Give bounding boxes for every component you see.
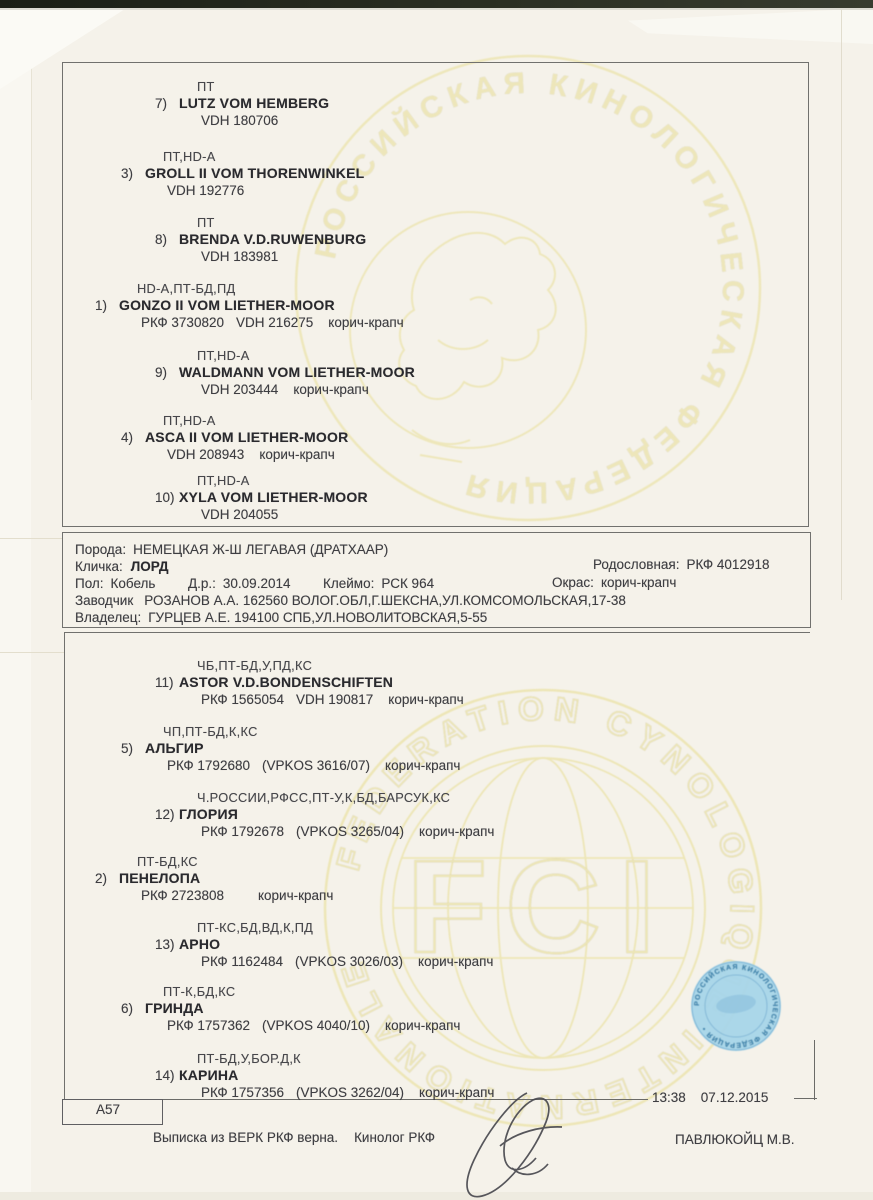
pedigree-entry-11: ЧБ,ПТ-БД,У,ПД,КС 11)ASTOR V.D.BONDENSCHI… — [155, 658, 464, 708]
breed-value: НЕМЕЦКАЯ Ж-Ш ЛЕГАВАЯ (ДРАТХААР) — [133, 542, 388, 557]
ancestor-name: АЛЬГИР — [145, 740, 204, 756]
pedigree-entry-12: Ч.РОССИИ,РФСС,ПТ-У,К,БД,БАРСУК,КС 12)ГЛО… — [155, 790, 494, 840]
form-code: A57 — [96, 1102, 120, 1117]
ancestor-titles: ПТ-КС,БД,ВД,К,ПД — [197, 920, 493, 936]
paper-crease-2 — [0, 652, 64, 653]
pedigree-number: Родословная:РКФ 4012918 — [593, 557, 769, 572]
ancestor-titles: ПТ,HD-A — [163, 413, 348, 429]
breed-label: Порода: — [75, 542, 126, 557]
ancestor-name: GROLL II VOM THORENWINKEL — [145, 165, 364, 181]
ancestor-registration-2: VDH 190817 — [296, 692, 373, 707]
owner-value: ГУРЦЕВ А.Е. 194100 СПБ,УЛ.НОВОЛИТОВСКАЯ,… — [148, 610, 487, 625]
sex-label: Пол: — [75, 576, 104, 591]
ancestor-registration-2: VDH 216275 — [236, 315, 313, 330]
ancestor-registration: РКФ 2723808 — [141, 888, 224, 903]
ancestor-color: корич-крапч — [419, 824, 494, 839]
ancestor-number: 3) — [121, 166, 145, 182]
dog-name-row: Кличка:ЛОРД — [75, 559, 169, 574]
pedigree-entry-8: ПТ 8)BRENDA V.D.RUWENBURG VDH 183981 — [155, 215, 366, 265]
ancestor-name: BRENDA V.D.RUWENBURG — [179, 231, 366, 247]
ancestor-registration: VDH 208943 — [167, 447, 244, 462]
ancestor-registration: РКФ 1792678 — [201, 824, 284, 839]
pedigree-entry-6: ПТ-К,БД,КС 6)ГРИНДА РКФ 1757362(VPKOS 40… — [121, 984, 460, 1034]
owner-row: Владелец:ГУРЦЕВ А.Е. 194100 СПБ,УЛ.НОВОЛ… — [75, 610, 487, 625]
dog-name-value: ЛОРД — [131, 559, 169, 574]
pedigree-entry-5: ЧП,ПТ-БД,К,КС 5)АЛЬГИР РКФ 1792680(VPKOS… — [121, 724, 460, 774]
tattoo-label: Клеймо: — [323, 576, 374, 591]
paper-left-edge — [0, 10, 31, 1200]
signature-scribble — [467, 1093, 562, 1197]
color-label: Окрас: — [552, 575, 594, 590]
ancestor-registration-2: (VPKOS 4040/10) — [262, 1018, 370, 1033]
sex-field: Пол:Кобель — [75, 576, 155, 591]
ancestor-color: корич-крапч — [293, 382, 368, 397]
ancestor-registration-2: (VPKOS 3026/03) — [295, 954, 403, 969]
ancestor-number: 8) — [155, 232, 179, 248]
ancestor-number: 13) — [155, 937, 179, 953]
ancestor-number: 9) — [155, 365, 179, 381]
ancestor-number: 11) — [155, 675, 179, 691]
ancestor-color: корич-крапч — [258, 888, 333, 903]
scanned-pedigree-document: РОССИЙСКАЯ КИНОЛОГИЧЕСКАЯ ФЕДЕРАЦИЯ FEDE… — [0, 0, 873, 1200]
pedigree-number-value: РКФ 4012918 — [687, 557, 770, 572]
sex-value: Кобель — [111, 576, 156, 591]
pedigree-entry-2: ПТ-БД,КС 2)ПЕНЕЛОПА РКФ 2723808корич-кра… — [95, 854, 333, 904]
pedigree-entry-1: HD-A,ПТ-БД,ПД 1)GONZO II VOM LIETHER-MOO… — [95, 281, 404, 331]
print-datetime: 13:3807.12.2015 — [652, 1090, 768, 1105]
ancestor-registration: VDH 180706 — [201, 113, 278, 128]
ancestor-number: 2) — [95, 871, 119, 887]
pedigree-number-label: Родословная: — [593, 557, 680, 572]
pedigree-entry-7: ПТ 7)LUTZ VOM HEMBERG VDH 180706 — [155, 79, 329, 129]
pedigree-entry-3: ПТ,HD-A 3)GROLL II VOM THORENWINKEL VDH … — [121, 149, 364, 199]
ancestor-number: 7) — [155, 96, 179, 112]
ancestor-registration-2: (VPKOS 3265/04) — [296, 824, 404, 839]
attestation-text: Выписка из ВЕРК РКФ верна. — [153, 1130, 338, 1145]
breeder-label: Заводчик — [75, 593, 133, 608]
paper-bottom-edge — [0, 1192, 873, 1200]
ancestor-color: корич-крапч — [328, 315, 403, 330]
ancestor-titles: ПТ,HD-A — [197, 348, 415, 364]
ancestor-number: 14) — [155, 1068, 179, 1084]
dob-label: Д.р.: — [188, 576, 216, 591]
ancestor-registration: VDH 183981 — [201, 249, 278, 264]
dam-box-corner-v — [814, 1040, 815, 1100]
ancestor-titles: ПТ-К,БД,КС — [163, 984, 460, 1000]
ancestor-color: корич-крапч — [388, 692, 463, 707]
ancestor-name: ASCA II VOM LIETHER-MOOR — [145, 429, 348, 445]
dog-name-label: Кличка: — [75, 559, 123, 574]
ancestor-color: корич-крапч — [385, 1018, 460, 1033]
ancestor-registration: РКФ 1565054 — [201, 692, 284, 707]
ancestor-registration: РКФ 3730820 — [141, 315, 224, 330]
pedigree-entry-10: ПТ,HD-A 10)XYLA VOM LIETHER-MOOR VDH 204… — [155, 473, 368, 523]
ancestor-registration: РКФ 1792680 — [167, 758, 250, 773]
pedigree-entry-9: ПТ,HD-A 9)WALDMANN VOM LIETHER-MOOR VDH … — [155, 348, 415, 398]
breeder-value: РОЗАНОВ А.А. 162560 ВОЛОГ.ОБЛ,Г.ШЕКСНА,У… — [144, 593, 626, 608]
ancestor-registration-2: (VPKOS 3262/04) — [296, 1085, 404, 1100]
ancestor-number: 4) — [121, 430, 145, 446]
scanner-top-edge-highlight — [0, 8, 873, 10]
ancestor-name: ASTOR V.D.BONDENSCHIFTEN — [179, 674, 393, 690]
ancestor-color: корич-крапч — [418, 954, 493, 969]
ancestor-number: 1) — [95, 298, 119, 314]
paper-crease-1 — [0, 538, 62, 539]
ancestor-name: ПЕНЕЛОПА — [119, 870, 200, 886]
ancestor-name: WALDMANN VOM LIETHER-MOOR — [179, 364, 415, 380]
ancestor-name: LUTZ VOM HEMBERG — [179, 95, 329, 111]
ancestor-name: GONZO II VOM LIETHER-MOOR — [119, 297, 335, 313]
ancestor-number: 10) — [155, 490, 179, 506]
ancestor-number: 5) — [121, 741, 145, 757]
ancestor-registration: РКФ 1757362 — [167, 1018, 250, 1033]
ancestor-registration: VDH 192776 — [167, 183, 244, 198]
ancestor-number: 6) — [121, 1001, 145, 1017]
dob-value: 30.09.2014 — [223, 576, 291, 591]
ancestor-titles: ПТ-БД,КС — [137, 854, 333, 870]
ancestor-titles: ПТ — [197, 215, 366, 231]
ancestor-name: КАРИНА — [179, 1067, 238, 1083]
ancestor-titles: Ч.РОССИИ,РФСС,ПТ-У,К,БД,БАРСУК,КС — [197, 790, 494, 806]
ancestor-name: XYLA VOM LIETHER-MOOR — [179, 489, 368, 505]
color-field: Окрас:корич-крапч — [552, 575, 676, 590]
ancestor-titles: ПТ,HD-A — [163, 149, 364, 165]
ancestor-number: 12) — [155, 807, 179, 823]
ancestor-registration: VDH 204055 — [201, 507, 278, 522]
ancestor-color: корич-крапч — [385, 758, 460, 773]
scanner-top-edge — [0, 0, 873, 8]
owner-label: Владелец: — [75, 610, 141, 625]
ancestor-registration-2: (VPKOS 3616/07) — [262, 758, 370, 773]
print-time: 13:38 — [652, 1090, 686, 1105]
ancestor-titles: ПТ — [197, 79, 329, 95]
ancestor-titles: ПТ,HD-A — [197, 473, 368, 489]
tattoo-field: Клеймо:РСК 964 — [323, 576, 434, 591]
ancestor-titles: ЧП,ПТ-БД,К,КС — [163, 724, 460, 740]
breeder-row: ЗаводчикРОЗАНОВ А.А. 162560 ВОЛОГ.ОБЛ,Г.… — [75, 593, 626, 608]
ancestor-titles: ПТ-БД,У,БОР.Д,К — [197, 1051, 494, 1067]
cynologist-text: Кинолог РКФ — [354, 1130, 435, 1145]
ancestor-name: ГРИНДА — [145, 1000, 204, 1016]
color-value: корич-крапч — [601, 575, 676, 590]
ancestor-registration: VDH 203444 — [201, 382, 278, 397]
ancestor-name: ГЛОРИЯ — [179, 806, 238, 822]
paper-crease-vertical — [841, 10, 842, 600]
breed-row: Порода:НЕМЕЦКАЯ Ж-Ш ЛЕГАВАЯ (ДРАТХААР) — [75, 542, 388, 557]
ancestor-titles: ЧБ,ПТ-БД,У,ПД,КС — [197, 658, 464, 674]
ancestor-color: корич-крапч — [419, 1085, 494, 1100]
dob-field: Д.р.:30.09.2014 — [188, 576, 290, 591]
ancestor-name: АРНО — [179, 936, 220, 952]
tattoo-value: РСК 964 — [381, 576, 434, 591]
pedigree-entry-4: ПТ,HD-A 4)ASCA II VOM LIETHER-MOOR VDH 2… — [121, 413, 348, 463]
ancestor-registration: РКФ 1162484 — [201, 954, 283, 969]
signer-name: ПАВЛЮКОЙЦ М.В. — [675, 1132, 794, 1147]
pedigree-entry-14: ПТ-БД,У,БОР.Д,К 14)КАРИНА РКФ 1757356(VP… — [155, 1051, 494, 1101]
ancestor-titles: HD-A,ПТ-БД,ПД — [137, 281, 404, 297]
pedigree-entry-13: ПТ-КС,БД,ВД,К,ПД 13)АРНО РКФ 1162484(VPK… — [155, 920, 493, 970]
paper-top-right-edge — [628, 8, 873, 44]
attestation-line: Выписка из ВЕРК РКФ верна.Кинолог РКФ — [153, 1130, 435, 1145]
ancestor-registration: РКФ 1757356 — [201, 1085, 284, 1100]
print-date: 07.12.2015 — [701, 1090, 769, 1105]
ancestor-color: корич-крапч — [259, 447, 334, 462]
